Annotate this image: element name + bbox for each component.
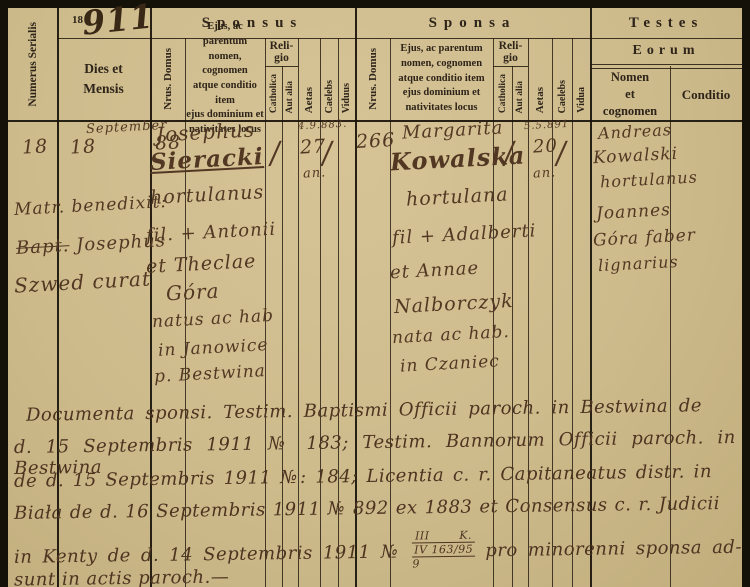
column-header-numerus-serialis: Numerus Serialis: [8, 8, 57, 120]
ejus-l1: Ejus, ac parentum: [185, 20, 265, 49]
section-header-sponsa: Sponsa: [355, 8, 590, 38]
column-header-dies-et-mensis: Dies et Mensis: [57, 38, 150, 120]
nrus-domus-label: Nrus. Domus: [162, 48, 174, 110]
sponsus-surname: Sieracki: [149, 143, 264, 176]
entry-serial-number: 18: [21, 135, 48, 158]
sponsa-given-name: Margarita: [402, 117, 504, 143]
sponsus-catholica-mark: /: [269, 136, 282, 172]
column-header-nrus-domus-sponsa: Nrus. Domus: [355, 38, 390, 120]
documenta-line5-pre: in Kenty de d. 14 Septembris 1911 №: [14, 541, 402, 567]
ejus2-l1: Ejus, ac parentum: [400, 42, 482, 57]
documenta-line1: Documenta sponsi. Testim. Baptismi Offic…: [26, 395, 702, 425]
section-header-eorum: Eorum: [590, 38, 742, 64]
nomen-l1: Nomen: [611, 69, 649, 86]
ejus-l2: nomen, cognomen: [185, 50, 265, 79]
sponsa-age-unit: an.: [533, 165, 557, 181]
eorum-title: Eorum: [633, 43, 700, 59]
sponsus-mother-surname: Góra: [165, 279, 220, 306]
entry-day: 18: [69, 135, 96, 158]
year-handwritten: 911: [80, 0, 156, 43]
column-header-conditio: Conditio: [670, 69, 742, 120]
column-header-ejus-sponsus: Ejus, ac parentum nomen, cognomen atque …: [185, 38, 265, 120]
column-header-vidua: Vidua: [572, 38, 590, 120]
sponsa-mother: et Annae: [390, 258, 480, 284]
column-header-aut-alia-sponsus: Aut alia: [282, 66, 298, 120]
column-header-religio-sponsus: Reli- gio: [265, 38, 298, 66]
catholica-label2: Catholica: [498, 74, 508, 113]
column-header-caelebs-sponsus: Caelebs: [320, 38, 338, 120]
ejus2-l4: ejus dominium et: [403, 86, 481, 101]
rule-h-eorum-a: [590, 64, 742, 65]
testes-title: Testes: [629, 15, 704, 32]
sponsus-natus: natus ac hab: [152, 306, 275, 332]
sponsa-catholica-mark: /: [503, 136, 516, 172]
nomen-l3: cognomen: [603, 103, 657, 120]
margin-note-bapt: Bapt.: [16, 235, 70, 259]
column-header-ejus-sponsa: Ejus, ac parentum nomen, cognomen atque …: [390, 38, 493, 120]
sponsa-father: fil + Adalberti: [392, 220, 537, 249]
column-header-aut-alia-sponsa: Aut alia: [512, 66, 528, 120]
column-header-catholica-sponsus: Catholica: [265, 66, 282, 120]
religio-l1: Reli-: [270, 40, 294, 52]
viduus-label: Viduus: [341, 83, 352, 113]
column-header-religio-sponsa: Reli- gio: [493, 38, 528, 66]
case-number-bottom: 9: [412, 557, 475, 571]
sponsa-birthplace: in Czaniec: [400, 351, 501, 376]
sponsus-birthplace: in Janowice: [158, 335, 269, 361]
aetas-label: Aetas: [303, 87, 315, 113]
column-header-viduus: Viduus: [338, 38, 355, 120]
section-header-testes: Testes: [590, 8, 742, 38]
column-header-aetas-sponsus: Aetas: [298, 38, 320, 120]
aut-alia-label: Aut alia: [285, 81, 295, 113]
margin-note-line2: Bapt. Josephus: [16, 230, 167, 259]
ejus-l3: atque conditio item: [185, 79, 265, 108]
sponsus-mother: et Theclae: [145, 250, 256, 278]
nrus-domus-label2: Nrus. Domus: [367, 48, 379, 110]
caelebs-label2: Caelebs: [557, 80, 568, 113]
sponsus-father: fil. + Antonii: [146, 219, 277, 247]
documenta-line5-post: pro minorenni sponsa ad-: [485, 537, 742, 562]
witness2-occupation: lignarius: [598, 252, 679, 275]
sponsa-birth-date: 5.5.891: [524, 119, 570, 132]
ejus2-l3: atque conditio item: [398, 72, 484, 87]
numerus-serialis-label: Numerus Serialis: [27, 22, 39, 107]
sponsa-mother-surname: Nalborczyk: [394, 290, 515, 318]
sponsus-caelebs-mark: /: [321, 136, 334, 172]
witness1-given-name: Andreas: [598, 120, 673, 143]
column-header-caelebs-sponsa: Caelebs: [552, 38, 572, 120]
dies-line1: Dies et: [84, 59, 123, 79]
aut-alia-label2: Aut alia: [515, 81, 525, 113]
margin-note-line3: Szwed curat: [13, 266, 151, 297]
aetas-label2: Aetas: [534, 87, 546, 113]
conditio-label: Conditio: [682, 87, 730, 103]
paper-sheet: Numerus Serialis Sponsus Sponsa Testes 1…: [8, 8, 742, 587]
ejus2-l2: nomen, cognomen: [401, 57, 482, 72]
witness2-surname: Góra faber: [593, 225, 697, 250]
case-number-top: III K.: [412, 529, 475, 544]
column-header-nrus-domus-sponsus: Nrus. Domus: [150, 38, 185, 120]
court-case-number: III K.IV 163/959: [412, 529, 476, 571]
sponsus-birth-date: 4.9.883.: [298, 119, 348, 133]
column-header-catholica-sponsa: Catholica: [493, 66, 512, 120]
sponsa-title: Sponsa: [429, 15, 517, 32]
sponsa-caelebs-mark: /: [555, 136, 568, 172]
register-page: Numerus Serialis Sponsus Sponsa Testes 1…: [0, 0, 750, 587]
witness1-occupation: hortulanus: [600, 167, 699, 191]
documenta-line4: Biała de d. 16 Septembris 1911 № 892 ex …: [14, 493, 720, 524]
witness2-given-name: Joannes: [596, 200, 672, 224]
catholica-label: Catholica: [269, 74, 279, 113]
dies-line2: Mensis: [83, 79, 124, 99]
column-header-aetas-sponsa: Aetas: [528, 38, 552, 120]
nomen-l2: et: [625, 86, 635, 103]
caelebs-label: Caelebs: [324, 80, 335, 113]
vidua-label: Vidua: [576, 87, 587, 113]
witness1-surname: Kowalski: [593, 144, 679, 168]
ejus2-l5: nativitates locus: [405, 101, 477, 116]
religio2-l2: gio: [503, 52, 518, 64]
case-number-mid: IV 163/95: [412, 543, 475, 558]
column-header-nomen-cognomen: Nomen et cognomen: [590, 69, 670, 120]
religio-l2: gio: [274, 52, 289, 64]
sponsus-given-name: Josephus: [155, 117, 255, 146]
sponsus-parish: p. Bestwina: [154, 361, 267, 387]
margin-note-line1: Matr. benedixit:: [14, 192, 168, 220]
documenta-line6: sunt in actis paroch.—: [14, 566, 230, 587]
sponsus-occupation: hortulanus: [150, 181, 265, 209]
religio2-l1: Reli-: [499, 40, 523, 52]
